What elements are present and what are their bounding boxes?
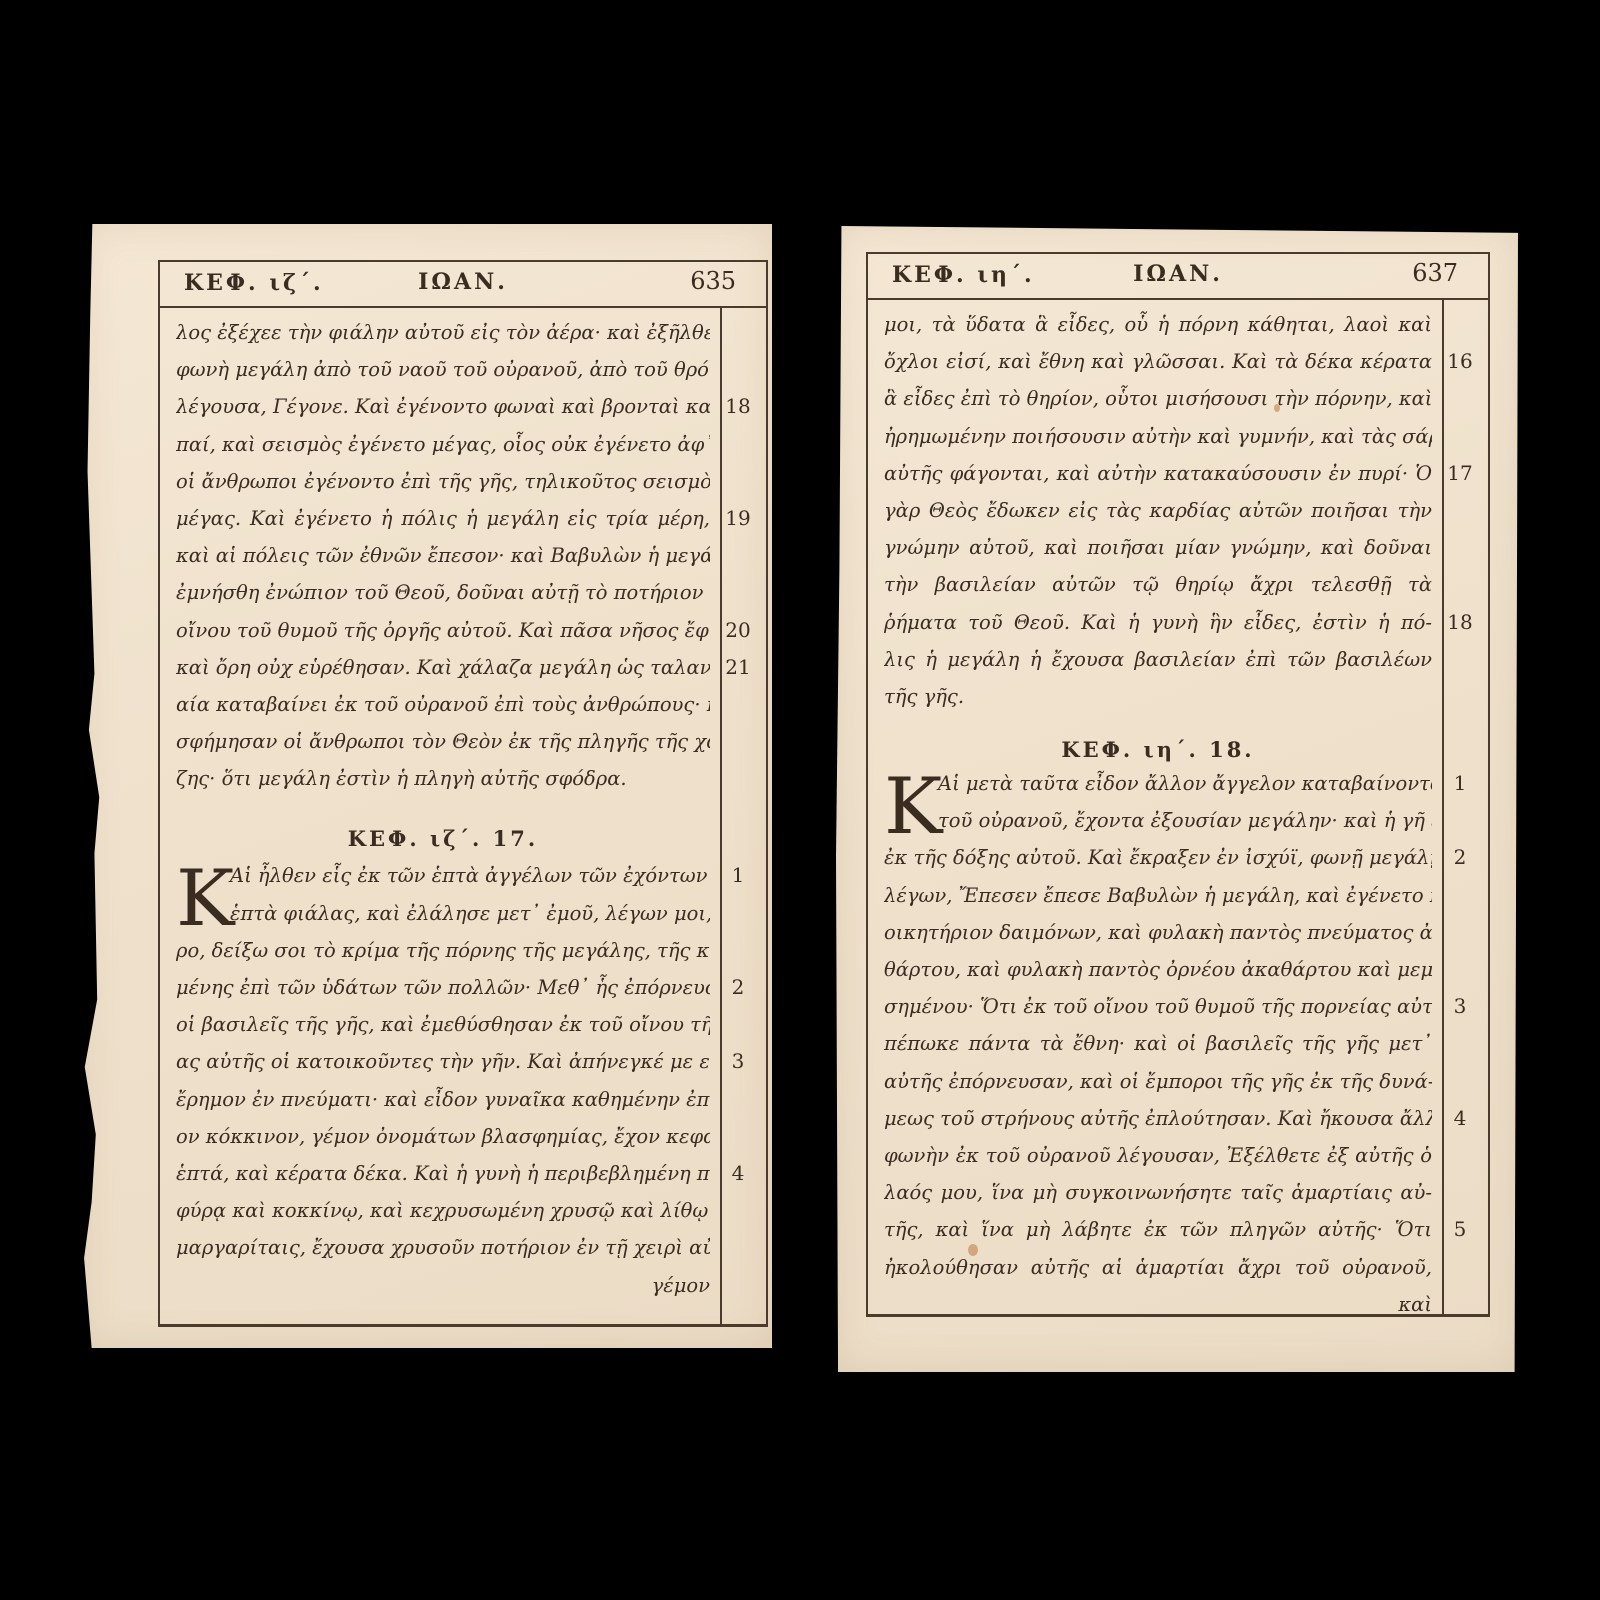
text-line: ζης· ὅτι μεγάλη ἐστὶν ἡ πληγὴ αὐτῆς σφόδ… [176,760,710,797]
text-line: αὐτῆς φάγονται, καὶ αὐτὴν κατακαύσουσιν … [884,455,1432,492]
verse-number: 16 [1440,343,1480,380]
verse-number: 4 [1440,1100,1480,1137]
text-line: ἃ εἶδες ἐπὶ τὸ θηρίον, οὗτοι μισήσουσι τ… [884,380,1432,417]
verse-number: 4 [718,1155,758,1192]
text-line: αὐτῆς ἐπόρνευσαν, καὶ οἱ ἔμποροι τῆς γῆς… [884,1063,1432,1100]
text-line: τῆς, καὶ ἵνα μὴ λάβητε ἐκ τῶν πληγῶν αὐτ… [884,1211,1432,1248]
right-page: ΚΕΦ. ιη΄. ΙΩΑΝ. 637 μοι, τὰ ὕδατα ἃ εἶδε… [836,226,1518,1372]
text-line: τὴν βασιλείαν αὐτῶν τῷ θηρίῳ ἄχρι τελεσθ… [884,566,1432,603]
verse-number: 3 [718,1043,758,1080]
text-line: Αἱ μετὰ ταῦτα εἶδον ἄλλον ἄγγελον καταβα… [884,765,1432,802]
verse-number: 21 [718,649,758,686]
top-passage: λος ἐξέχεε τὴν φιάλην αὐτοῦ εἰς τὸν ἀέρα… [176,314,710,797]
text-line: θάρτου, καὶ φυλακὴ παντὸς ὀρνέου ἀκαθάρτ… [884,951,1432,988]
text-line: σφήμησαν οἱ ἄνθρωποι τὸν Θεὸν ἐκ τῆς πλη… [176,723,710,760]
text-line: ῥήματα τοῦ Θεοῦ. Καὶ ἡ γυνὴ ἣν εἶδες, ἐσ… [884,604,1432,641]
text-line: ἑπτά, καὶ κέρατα δέκα. Καὶ ἡ γυνὴ ἡ περι… [176,1155,710,1192]
text-line: φύρᾳ καὶ κοκκίνῳ, καὶ κεχρυσωμένη χρυσῷ … [176,1192,710,1229]
drop-cap: K [176,863,234,935]
page-number: 637 [1412,259,1458,287]
text-line: παί, καὶ σεισμὸς ἐγένετο μέγας, οἷος οὐκ… [176,426,710,463]
verse-number: 5 [1440,1211,1480,1248]
text-line: μέγας. Καὶ ἐγένετο ἡ πόλις ἡ μεγάλη εἰς … [176,500,710,537]
text-line: ἑπτὰ φιάλας, καὶ ἐλάλησε μετ᾽ ἐμοῦ, λέγω… [176,895,710,932]
foxing-stain [1274,404,1280,412]
text-line: ἠκολούθησαν αὐτῆς αἱ ἁμαρτίαι ἄχρι τοῦ ο… [884,1249,1432,1286]
text-line: ἐκ τῆς δόξης αὐτοῦ. Καὶ ἔκραξεν ἐν ἰσχύϊ… [884,839,1432,876]
text-line: σημένου· Ὅτι ἐκ τοῦ οἴνου τοῦ θυμοῦ τῆς … [884,988,1432,1025]
text-line: λαός μου, ἵνα μὴ συγκοινωνήσητε ταῖς ἁμα… [884,1174,1432,1211]
right-text-body: μοι, τὰ ὕδατα ἃ εἶδες, οὗ ἡ πόρνη κάθητα… [884,306,1432,1323]
chapter-passage: K Αἱ ἦλθεν εἷς ἐκ τῶν ἑπτὰ ἀγγέλων τῶν ἐ… [176,857,710,1303]
verse-number: 19 [718,500,758,537]
foxing-stain [968,1244,978,1256]
text-line: λέγουσα, Γέγονε. Καὶ ἐγένοντο φωναὶ καὶ … [176,388,710,425]
text-line: ἠρημωμένην ποιήσουσιν αὐτὴν καὶ γυμνήν, … [884,418,1432,455]
text-line: μοι, τὰ ὕδατα ἃ εἶδες, οὗ ἡ πόρνη κάθητα… [884,306,1432,343]
text-line: λος ἐξέχεε τὴν φιάλην αὐτοῦ εἰς τὸν ἀέρα… [176,314,710,351]
text-line: ον κόκκινον, γέμον ὀνομάτων βλασφημίας, … [176,1118,710,1155]
text-line: ρο, δείξω σοι τὸ κρίμα τῆς πόρνης τῆς με… [176,932,710,969]
verse-number: 1 [1440,765,1480,802]
verse-number: 2 [718,969,758,1006]
verse-number: 18 [718,388,758,425]
text-line: αία καταβαίνει ἐκ τοῦ οὐρανοῦ ἐπὶ τοὺς ἀ… [176,686,710,723]
page-number: 635 [690,267,736,295]
verse-number: 17 [1440,455,1480,492]
header-title: ΙΩΑΝ. [868,261,1488,287]
text-line: πέπωκε πάντα τὰ ἔθνη· καὶ οἱ βασιλεῖς τῆ… [884,1025,1432,1062]
text-line: ἔρημον ἐν πνεύματι· καὶ εἶδον γυναῖκα κα… [176,1081,710,1118]
text-line: καὶ αἱ πόλεις τῶν ἐθνῶν ἔπεσον· καὶ Βαβυ… [176,537,710,574]
text-line: φωνὴ μεγάλη ἀπὸ τοῦ ναοῦ τοῦ οὐρανοῦ, ἀπ… [176,351,710,388]
chapter-heading: ΚΕΦ. ιζ΄. 17. [176,797,710,857]
top-passage: μοι, τὰ ὕδατα ἃ εἶδες, οὗ ἡ πόρνη κάθητα… [884,306,1432,715]
text-line: ἐμνήσθη ἐνώπιον τοῦ Θεοῦ, δοῦναι αὐτῇ τὸ… [176,574,710,611]
left-page-frame: ΚΕΦ. ιζ΄. ΙΩΑΝ. 635 λος ἐξέχεε τὴν φιάλη… [158,260,768,1327]
verse-number: 1 [718,857,758,894]
text-line: φωνὴν ἐκ τοῦ οὐρανοῦ λέγουσαν, Ἐξέλθετε … [884,1137,1432,1174]
verse-number: 18 [1440,604,1480,641]
text-line: μένης ἐπὶ τῶν ὑδάτων τῶν πολλῶν· Μεθ᾽ ἧς… [176,969,710,1006]
verse-number: 20 [718,612,758,649]
text-line: τοῦ οὐρανοῦ, ἔχοντα ἐξουσίαν μεγάλην· κα… [884,802,1432,839]
verse-margin [1442,298,1488,1314]
text-line: Αἱ ἦλθεν εἷς ἐκ τῶν ἑπτὰ ἀγγέλων τῶν ἐχό… [176,857,710,894]
drop-cap: K [884,771,942,843]
catchword: γέμον [176,1267,710,1304]
left-text-body: λος ἐξέχεε τὴν φιάλην αὐτοῦ εἰς τὸν ἀέρα… [176,314,710,1304]
text-line: τῆς γῆς. [884,678,1432,715]
text-line: οικητήριον δαιμόνων, καὶ φυλακὴ παντὸς π… [884,914,1432,951]
verse-number: 2 [1440,839,1480,876]
text-line: ας αὐτῆς οἱ κατοικοῦντες τὴν γῆν. Καὶ ἀπ… [176,1043,710,1080]
text-line: καὶ ὄρη οὐχ εὑρέθησαν. Καὶ χάλαζα μεγάλη… [176,649,710,686]
text-line: οἴνου τοῦ θυμοῦ τῆς ὀργῆς αὐτοῦ. Καὶ πᾶσ… [176,612,710,649]
chapter-passage: K Αἱ μετὰ ταῦτα εἶδον ἄλλον ἄγγελον κατα… [884,765,1432,1323]
verse-number: 3 [1440,988,1480,1025]
running-header: ΚΕΦ. ιη΄. ΙΩΑΝ. 637 [868,254,1488,300]
text-line: μεως τοῦ στρήνους αὐτῆς ἐπλούτησαν. Καὶ … [884,1100,1432,1137]
right-page-frame: ΚΕΦ. ιη΄. ΙΩΑΝ. 637 μοι, τὰ ὕδατα ἃ εἶδε… [866,252,1490,1317]
text-line: γνώμην αὐτοῦ, καὶ ποιῆσαι μίαν γνώμην, κ… [884,529,1432,566]
text-line: λέγων, Ἔπεσεν ἔπεσε Βαβυλὼν ἡ μεγάλη, κα… [884,877,1432,914]
text-line: οἱ ἄνθρωποι ἐγένοντο ἐπὶ τῆς γῆς, τηλικο… [176,463,710,500]
text-line: ὄχλοι εἰσί, καὶ ἔθνη καὶ γλῶσσαι. Καὶ τὰ… [884,343,1432,380]
text-line: μαργαρίταις, ἔχουσα χρυσοῦν ποτήριον ἐν … [176,1229,710,1266]
running-header: ΚΕΦ. ιζ΄. ΙΩΑΝ. 635 [160,262,766,308]
text-line: γὰρ Θεὸς ἔδωκεν εἰς τὰς καρδίας αὐτῶν πο… [884,492,1432,529]
left-page: ΚΕΦ. ιζ΄. ΙΩΑΝ. 635 λος ἐξέχεε τὴν φιάλη… [82,224,772,1348]
catchword: καὶ [884,1286,1432,1323]
text-line: λις ἡ μεγάλη ἡ ἔχουσα βασιλείαν ἐπὶ τῶν … [884,641,1432,678]
text-line: οἱ βασιλεῖς τῆς γῆς, καὶ ἐμεθύσθησαν ἐκ … [176,1006,710,1043]
chapter-heading: ΚΕΦ. ιη΄. 18. [884,715,1432,765]
header-title: ΙΩΑΝ. [160,269,766,295]
